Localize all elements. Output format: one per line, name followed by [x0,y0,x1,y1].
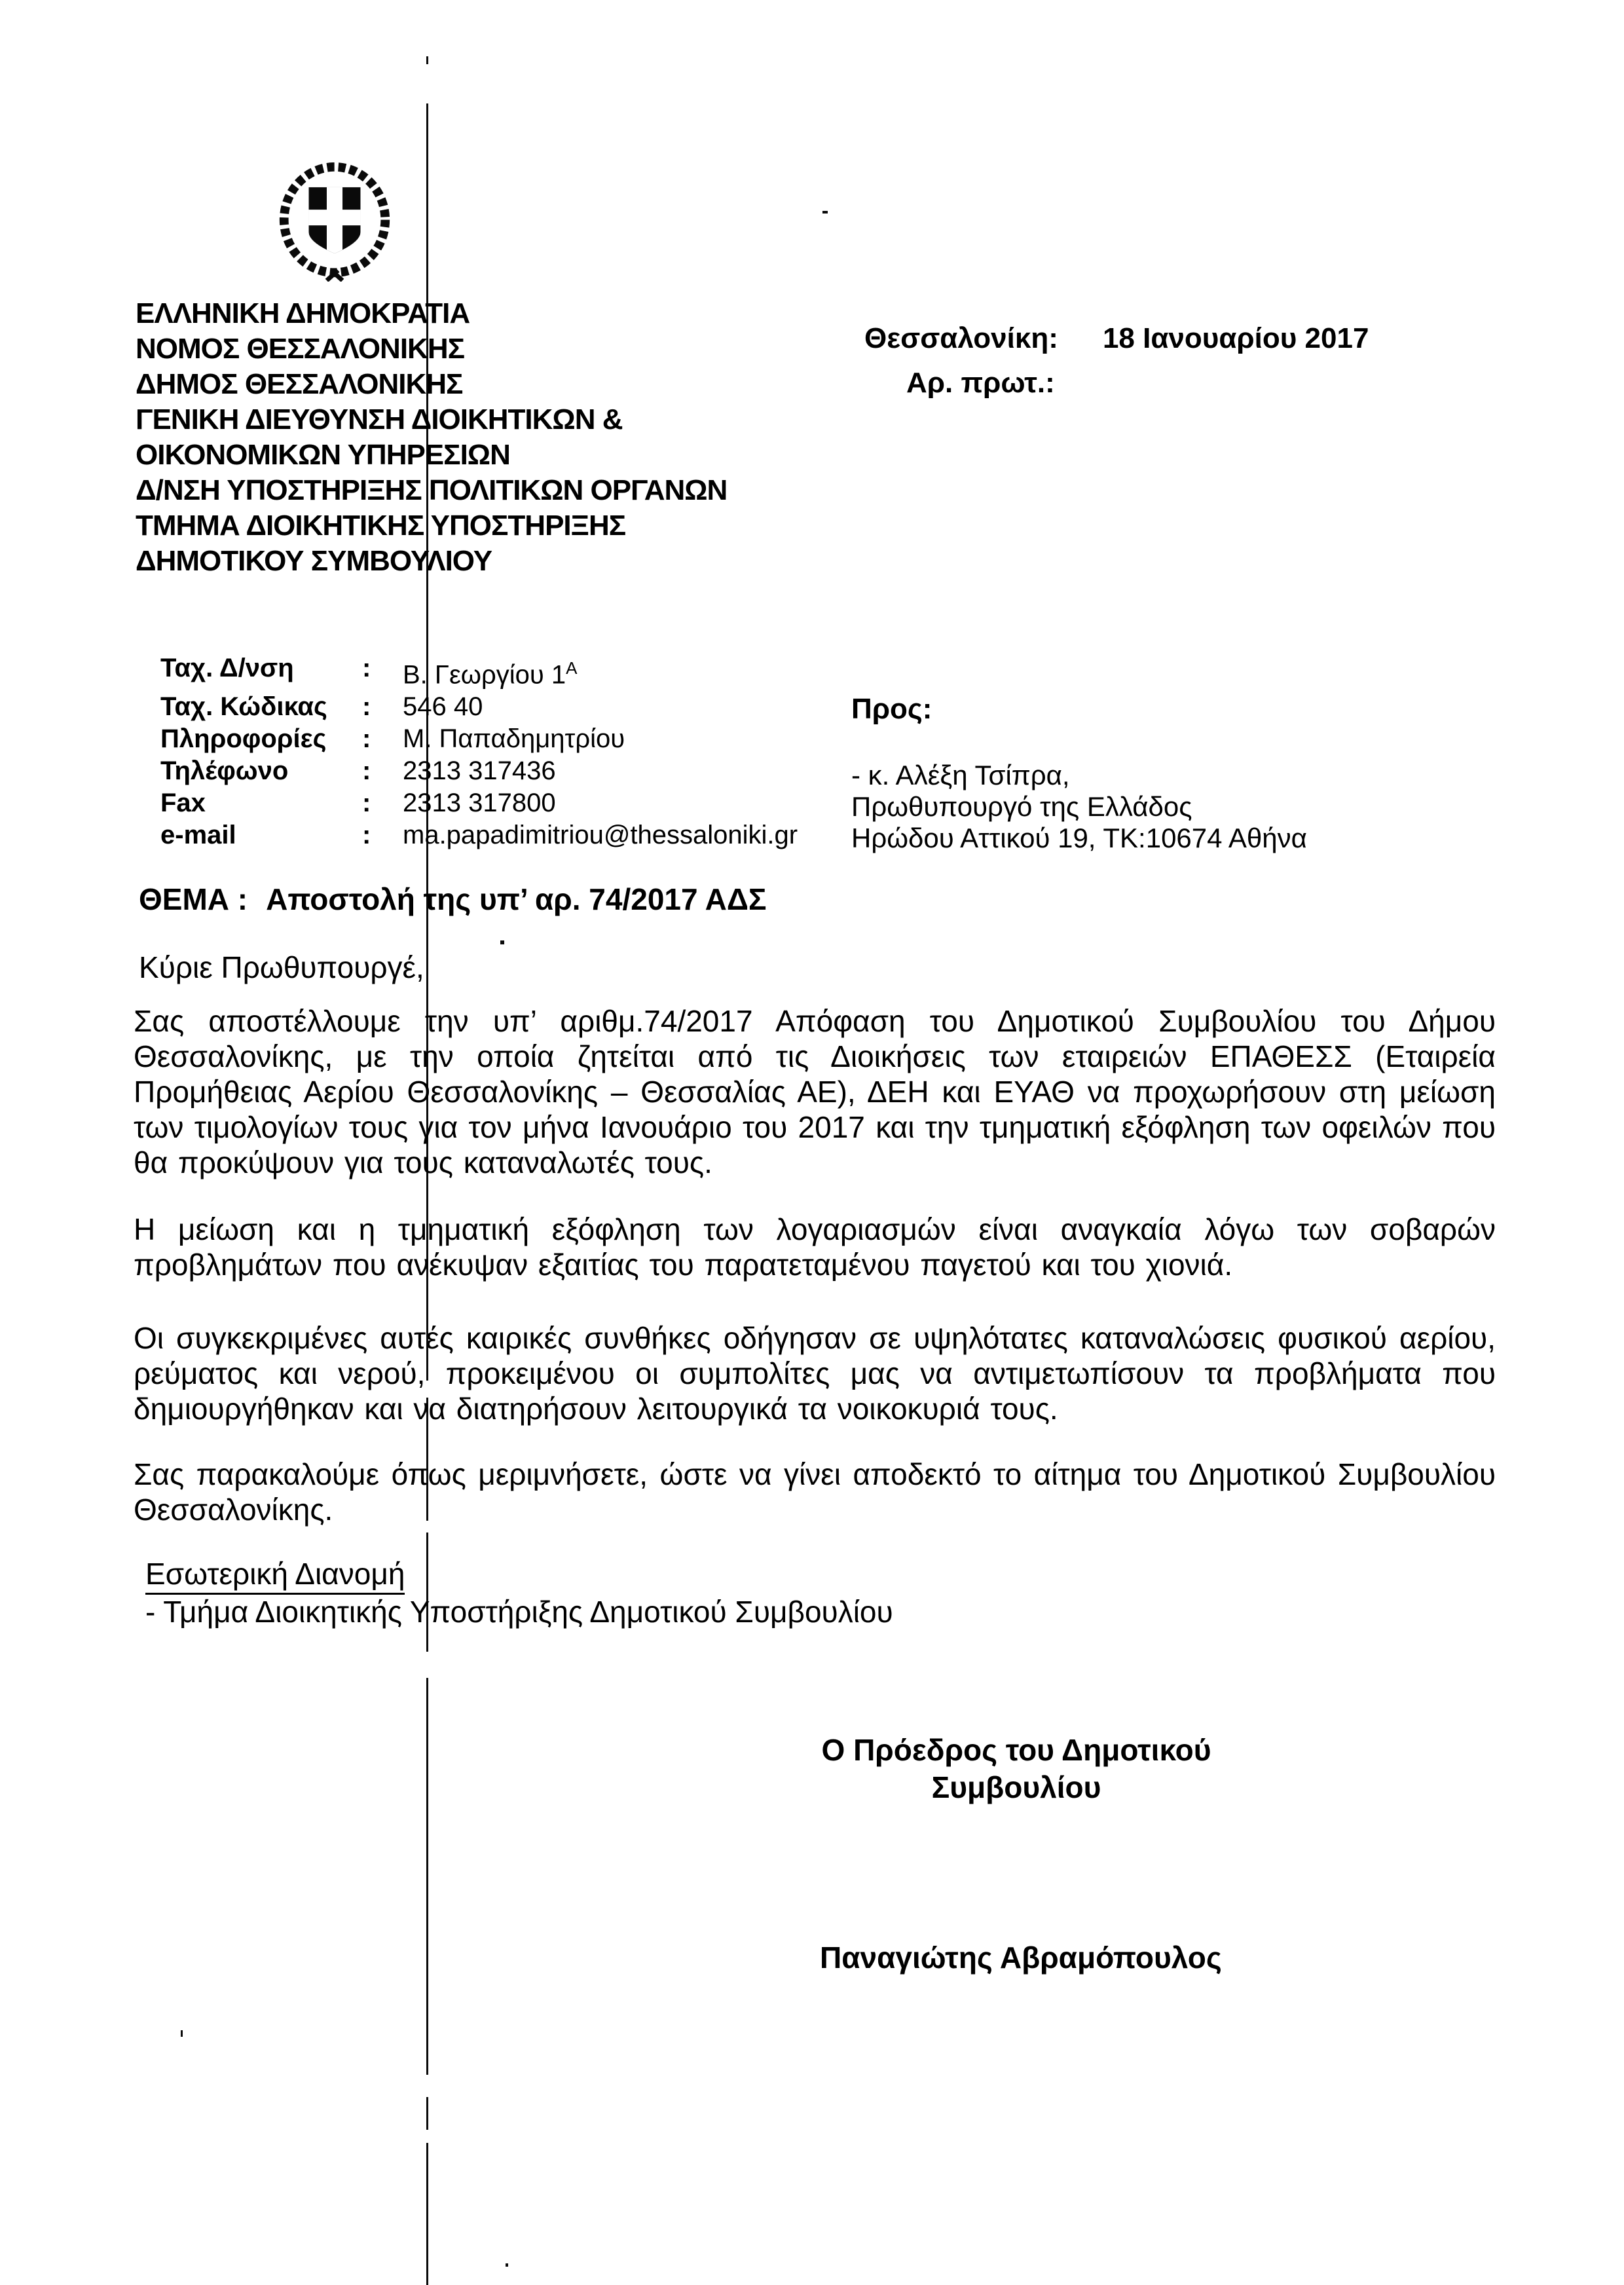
recipient-label: Προς: [851,693,932,726]
colon: : [362,819,403,851]
letterhead: ΕΛΛΗΝΙΚΗ ΔΗΜΟΚΡΑΤΙΑ ΝΟΜΟΣ ΘΕΣΣΑΛΟΝΙΚΗΣ Δ… [136,296,727,579]
recipient-line: Ηρώδου Αττικού 19, ΤΚ:10674 Αθήνα [851,823,1307,854]
scan-artifact-dot [506,2263,508,2267]
recipient-block: - κ. Αλέξη Τσίπρα, Πρωθυπουργό της Ελλάδ… [851,760,1307,854]
contact-block: Ταχ. Δ/νση:Β. Γεωργίου 1Α Ταχ. Κώδικας:5… [160,652,798,851]
colon: : [362,652,403,691]
contact-label: Τηλέφωνο [160,755,362,787]
colon: : [362,755,403,787]
contact-row: Πληροφορίες:Μ. Παπαδημητρίου [160,723,798,755]
signature-title-line: Ο Πρόεδρος του Δημοτικού [820,1732,1213,1769]
letterhead-line: ΕΛΛΗΝΙΚΗ ΔΗΜΟΚΡΑΤΙΑ [136,296,727,331]
letterhead-line: ΔΗΜΟΣ ΘΕΣΣΑΛΟΝΙΚΗΣ [136,367,727,402]
colon: : [362,787,403,819]
scan-fold-gap [424,2130,430,2143]
scan-artifact-dot [500,940,504,944]
body-paragraph: Η μείωση και η τμηματική εξόφληση των λο… [134,1212,1496,1282]
contact-label: Ταχ. Δ/νση [160,652,362,691]
signature-name: Παναγιώτης Αβραμόπουλος [820,1940,1213,1975]
contact-row: Fax:2313 317800 [160,787,798,819]
contact-value: Β. Γεωργίου 1Α [403,652,577,691]
subject-line: ΘΕΜΑ :Αποστολή της υπ’ αρ. 74/2017 ΑΔΣ [139,882,767,917]
signature-title: Ο Πρόεδρος του Δημοτικού Συμβουλίου [820,1732,1213,1806]
scan-fold-line-tick [426,56,428,64]
contact-value: ma.papadimitriou@thessaloniki.gr [403,819,798,851]
scan-fold-gap [424,2075,430,2097]
signature-title-line: Συμβουλίου [820,1769,1213,1806]
subject-label: ΘΕΜΑ : [139,882,248,916]
body-paragraph: Σας παρακαλούμε όπως μεριμνήσετε, ώστε ν… [134,1457,1496,1527]
contact-value: 2313 317436 [403,755,556,787]
scan-artifact-dot [181,2030,183,2037]
date-value: 18 Ιανουαρίου 2017 [1103,322,1369,354]
body-paragraph: Σας αποστέλλουμε την υπ’ αριθμ.74/2017 Α… [134,1003,1496,1180]
protocol-number-label: Αρ. πρωτ.: [906,367,1055,399]
salutation: Κύριε Πρωθυπουργέ, [139,950,424,985]
contact-row: Τηλέφωνο:2313 317436 [160,755,798,787]
greek-coat-of-arms-icon [278,162,391,285]
contact-value: 2313 317800 [403,787,556,819]
contact-value: Μ. Παπαδημητρίου [403,723,625,755]
letterhead-line: ΝΟΜΟΣ ΘΕΣΣΑΛΟΝΙΚΗΣ [136,331,727,367]
contact-label: e-mail [160,819,362,851]
scan-fold-gap [424,1652,430,1678]
scan-artifact-dot [822,211,828,214]
contact-label: Ταχ. Κώδικας [160,691,362,723]
address-superscript: Α [566,658,577,678]
recipient-line: - κ. Αλέξη Τσίπρα, [851,760,1307,791]
contact-value: 546 40 [403,691,483,723]
date-line: Θεσσαλονίκη:18 Ιανουαρίου 2017 [864,322,1369,355]
contact-row: Ταχ. Δ/νση:Β. Γεωργίου 1Α [160,652,798,691]
contact-row: Ταχ. Κώδικας:546 40 [160,691,798,723]
contact-row: e-mail:ma.papadimitriou@thessaloniki.gr [160,819,798,851]
internal-distribution-heading: Εσωτερική Διανομή [145,1556,405,1595]
letterhead-line: ΤΜΗΜΑ ΔΙΟΙΚΗΤΙΚΗΣ ΥΠΟΣΤΗΡΙΞΗΣ [136,508,727,544]
letterhead-line: ΔΗΜΟΤΙΚΟΥ ΣΥΜΒΟΥΛΙΟΥ [136,544,727,579]
city-label: Θεσσαλονίκη: [864,322,1058,354]
letterhead-line: ΟΙΚΟΝΟΜΙΚΩΝ ΥΠΗΡΕΣΙΩΝ [136,437,727,473]
colon: : [362,691,403,723]
recipient-line: Πρωθυπουργό της Ελλάδος [851,791,1307,823]
internal-distribution-item: - Τμήμα Διοικητικής Υποστήριξης Δημοτικο… [145,1594,893,1629]
subject-text: Αποστολή της υπ’ αρ. 74/2017 ΑΔΣ [266,882,766,916]
contact-label: Fax [160,787,362,819]
contact-label: Πληροφορίες [160,723,362,755]
document-page: ΕΛΛΗΝΙΚΗ ΔΗΜΟΚΡΑΤΙΑ ΝΟΜΟΣ ΘΕΣΣΑΛΟΝΙΚΗΣ Δ… [0,0,1624,2285]
colon: : [362,723,403,755]
body-paragraph: Οι συγκεκριμένες αυτές καιρικές συνθήκες… [134,1320,1496,1426]
letterhead-line: ΓΕΝΙΚΗ ΔΙΕΥΘΥΝΣΗ ΔΙΟΙΚΗΤΙΚΩΝ & [136,402,727,437]
letterhead-line: Δ/ΝΣΗ ΥΠΟΣΤΗΡΙΞΗΣ ΠΟΛΙΤΙΚΩΝ ΟΡΓΑΝΩΝ [136,473,727,508]
